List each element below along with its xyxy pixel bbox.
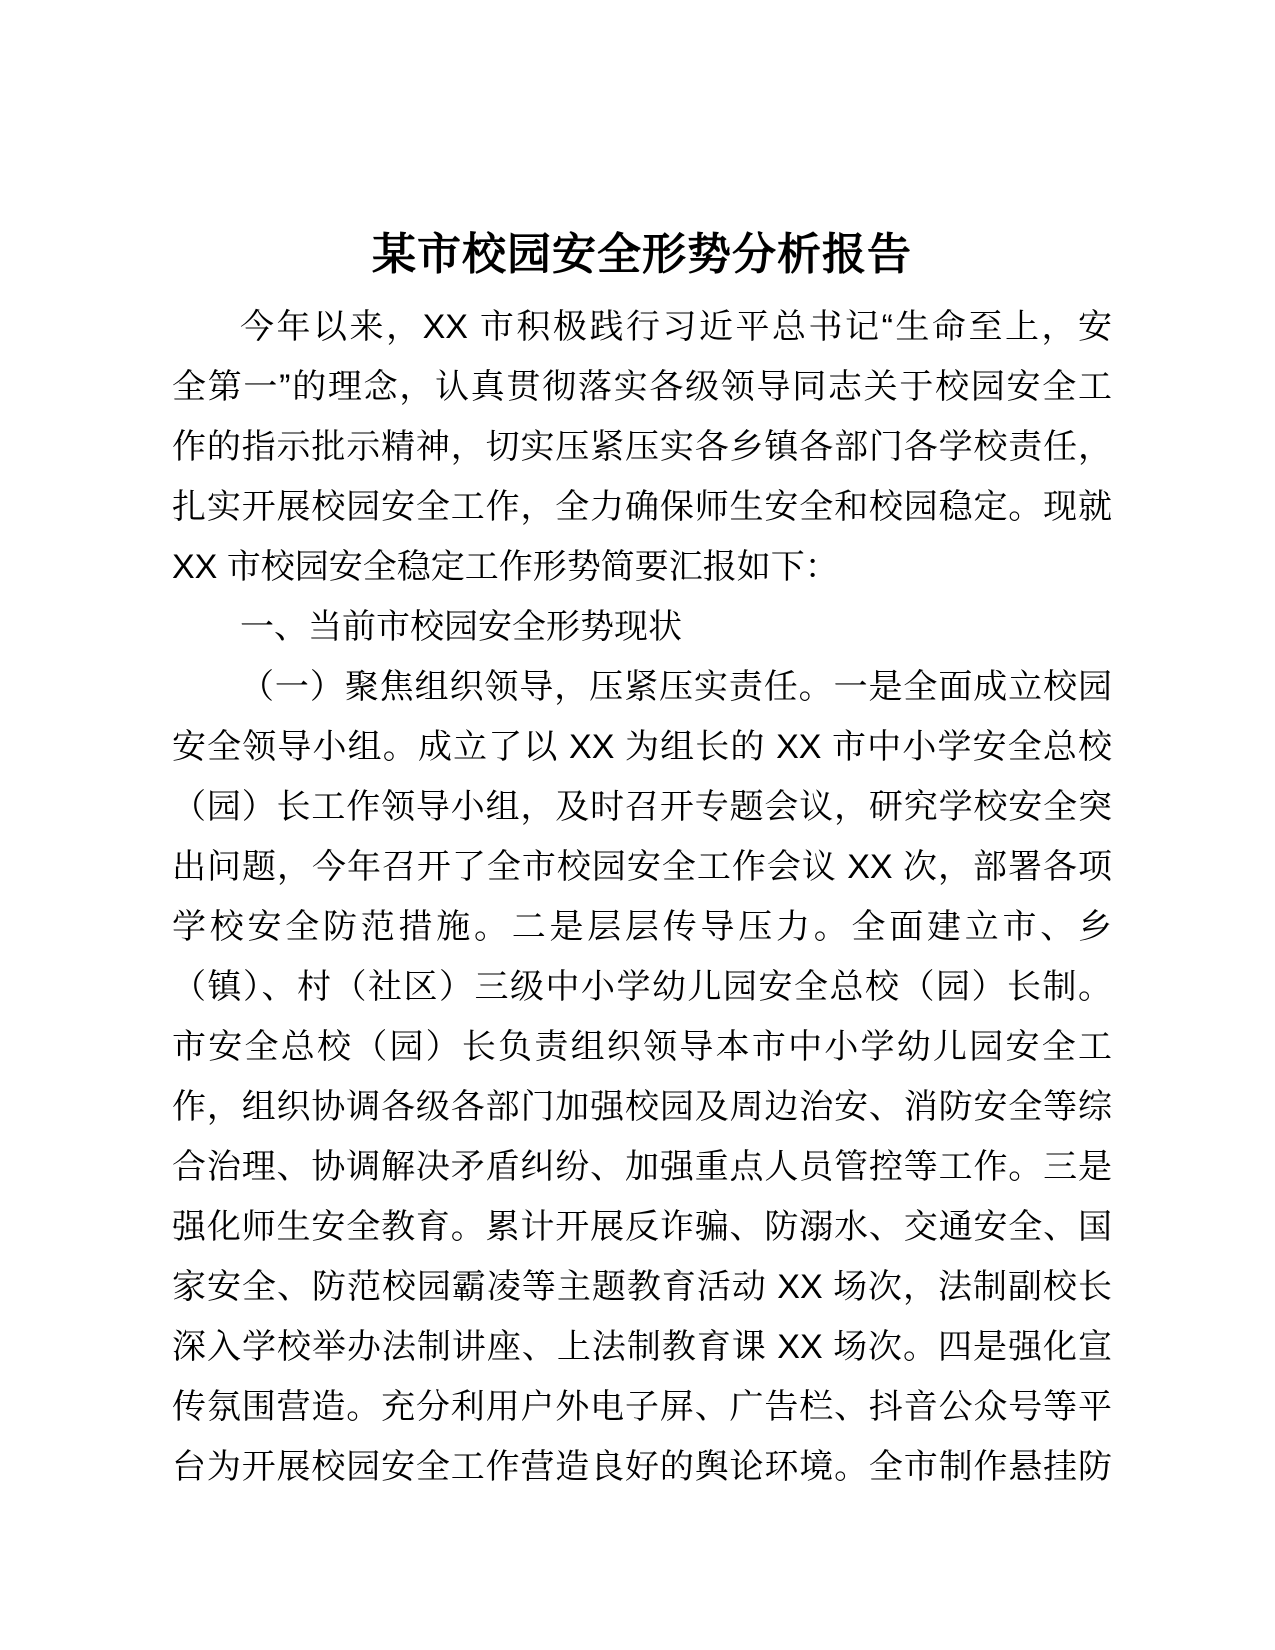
text-line: 传氛围营造。充分利用户外电子屏、广告栏、抖音公众号等平 (172, 1377, 1112, 1437)
text-line: XX 市校园安全稳定工作形势简要汇报如下： (172, 537, 1112, 597)
text-line: 全第一”的理念，认真贯彻落实各级领导同志关于校园安全工 (172, 357, 1112, 417)
document-page: 某市校园安全形势分析报告 今年以来，XX 市积极践行习近平总书记“生命至上，安全… (0, 0, 1275, 1650)
text-line: 家安全、防范校园霸凌等主题教育活动 XX 场次，法制副校长 (172, 1257, 1112, 1317)
text-line: （一）聚焦组织领导，压紧压实责任。一是全面成立校园 (172, 657, 1112, 717)
text-line: （镇）、村（社区）三级中小学幼儿园安全总校（园）长制。 (172, 957, 1112, 1017)
text-line: 合治理、协调解决矛盾纠纷、加强重点人员管控等工作。三是 (172, 1137, 1112, 1197)
text-line: 扎实开展校园安全工作，全力确保师生安全和校园稳定。现就 (172, 477, 1112, 537)
text-line: 作的指示批示精神，切实压紧压实各乡镇各部门各学校责任， (172, 417, 1112, 477)
text-line: 深入学校举办法制讲座、上法制教育课 XX 场次。四是强化宣 (172, 1317, 1112, 1377)
document-body: 某市校园安全形势分析报告 今年以来，XX 市积极践行习近平总书记“生命至上，安全… (172, 222, 1112, 1497)
text-line: 市安全总校（园）长负责组织领导本市中小学幼儿园安全工 (172, 1017, 1112, 1077)
text-line: 出问题，今年召开了全市校园安全工作会议 XX 次，部署各项 (172, 837, 1112, 897)
text-line: 强化师生安全教育。累计开展反诈骗、防溺水、交通安全、国 (172, 1197, 1112, 1257)
text-line: 作，组织协调各级各部门加强校园及周边治安、消防安全等综 (172, 1077, 1112, 1137)
text-line: 安全领导小组。成立了以 XX 为组长的 XX 市中小学安全总校 (172, 717, 1112, 777)
text-line: 学校安全防范措施。二是层层传导压力。全面建立市、乡 (172, 897, 1112, 957)
text-line: 台为开展校园安全工作营造良好的舆论环境。全市制作悬挂防 (172, 1437, 1112, 1497)
text-line: 今年以来，XX 市积极践行习近平总书记“生命至上，安 (172, 297, 1112, 357)
document-lines: 今年以来，XX 市积极践行习近平总书记“生命至上，安全第一”的理念，认真贯彻落实… (172, 297, 1112, 1497)
text-line: （园）长工作领导小组，及时召开专题会议，研究学校安全突 (172, 777, 1112, 837)
document-title: 某市校园安全形势分析报告 (172, 222, 1112, 288)
text-line: 一、当前市校园安全形势现状 (172, 597, 1112, 657)
